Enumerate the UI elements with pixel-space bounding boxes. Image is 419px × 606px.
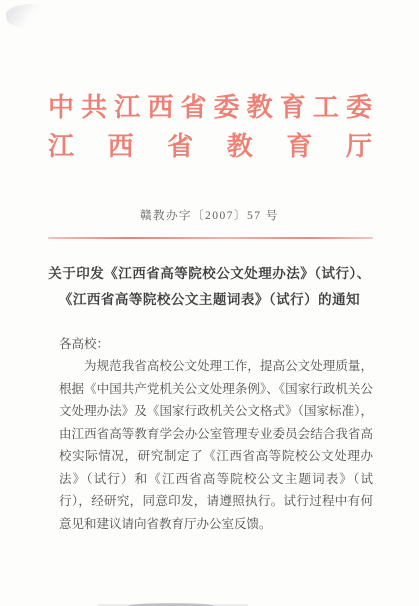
- body-paragraph: 为规范我省高校公文处理工作，提高公文处理质量，根据《中国共产党机关公文处理条例》…: [59, 355, 373, 535]
- document-title-line-2: 《江西省高等院校公文主题词表》（试行）的通知: [30, 287, 389, 313]
- letterhead-line-2: 江西省教育厅: [48, 127, 372, 166]
- letterhead: 中共江西省委教育工委 江西省教育厅: [48, 88, 372, 166]
- document-number: 赣教办字〔2007〕57 号: [0, 207, 419, 223]
- document-title-line-1: 关于印发《江西省高等院校公文处理办法》（试行）、: [30, 261, 389, 287]
- document-title: 关于印发《江西省高等院校公文处理办法》（试行）、 《江西省高等院校公文主题词表》…: [30, 261, 389, 313]
- red-divider-line: [48, 237, 373, 239]
- salutation: 各高校：: [59, 334, 109, 352]
- letterhead-line-1: 中共江西省委教育工委: [48, 88, 372, 127]
- scanned-document-page: 中共江西省委教育工委 江西省教育厅 赣教办字〔2007〕57 号 关于印发《江西…: [0, 0, 419, 606]
- scan-smudge-artifact: [5, 1, 54, 29]
